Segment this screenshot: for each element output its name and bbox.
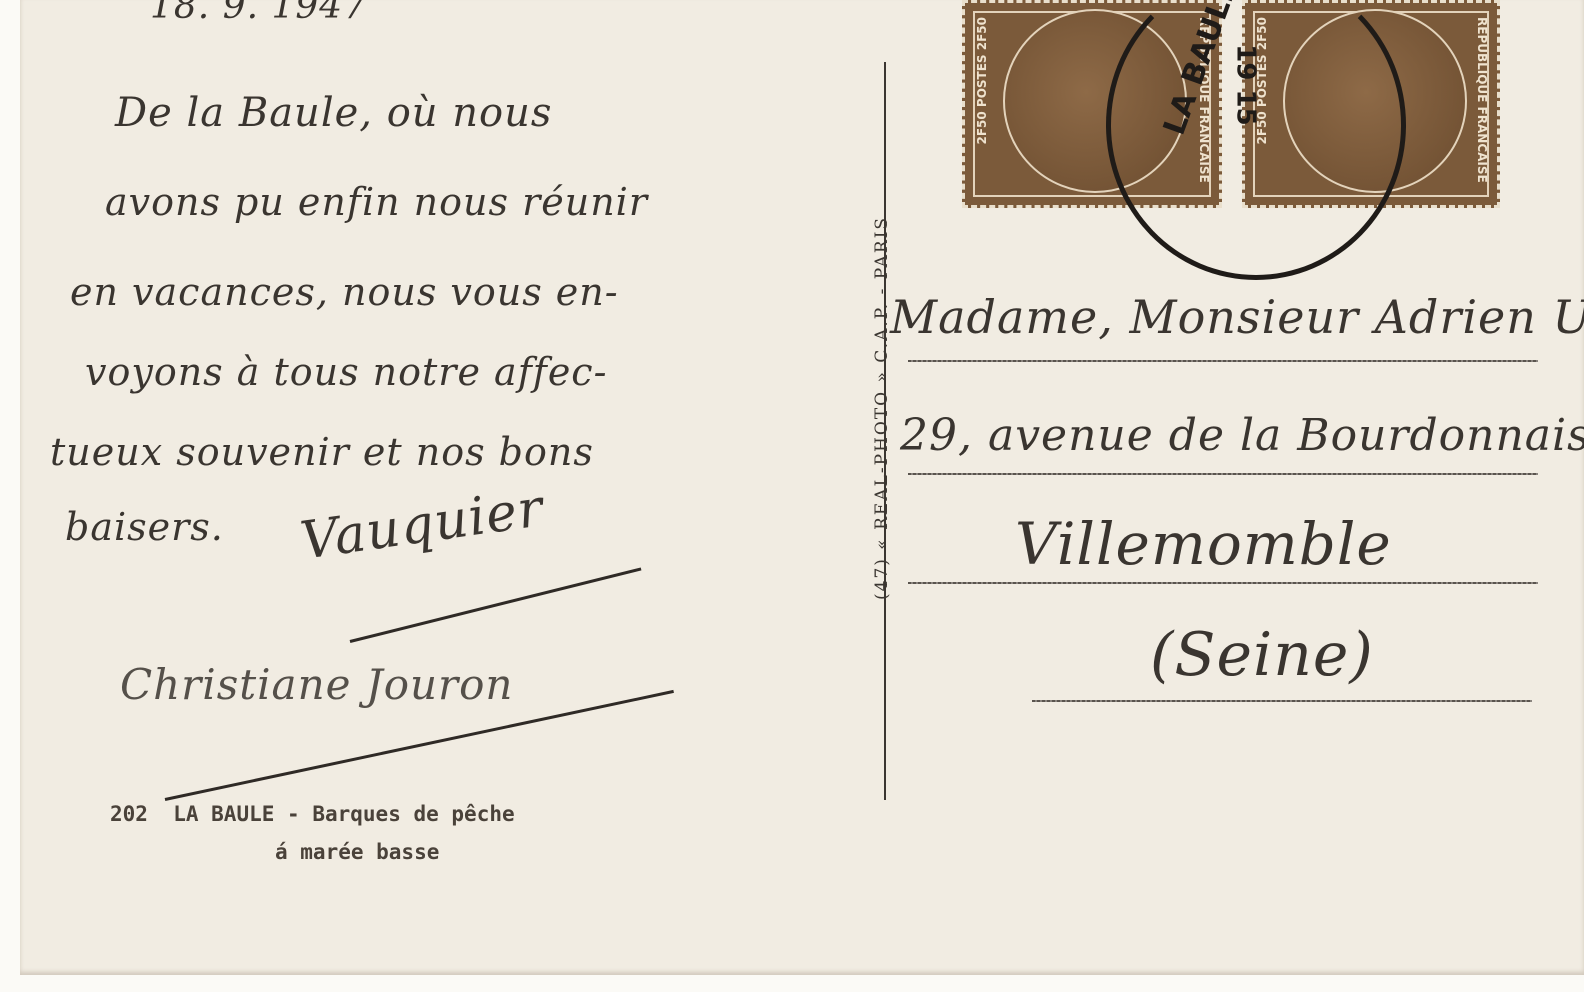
- signature: Vauquier: [297, 478, 547, 571]
- address-line: 29, avenue de la Bourdonnais: [900, 410, 1584, 461]
- handwritten-date: 18. 9. 1947: [150, 0, 367, 27]
- address-line: Madame, Monsieur Adrien Ullier: [890, 290, 1584, 344]
- postmark-time: 19 15: [1231, 44, 1261, 125]
- caption-title: - Barques de pêche: [287, 802, 515, 826]
- caption-subtitle: á marée basse: [275, 840, 439, 864]
- caption-place: LA BAULE: [173, 802, 274, 826]
- postmark: [1106, 0, 1406, 280]
- message-line: baisers.: [65, 505, 224, 549]
- signature: Christiane Jouron: [120, 660, 513, 709]
- address-line: Villemomble: [1015, 510, 1392, 578]
- message-line: en vacances, nous vous en-: [70, 270, 619, 314]
- address-line: (Seine): [1150, 620, 1374, 690]
- message-line: tueux souvenir et nos bons: [50, 430, 594, 474]
- caption-number: 202: [110, 802, 148, 826]
- postcard-back: 18. 9. 1947 De la Baule, où nous avons p…: [20, 0, 1584, 975]
- message-line: voyons à tous notre affec-: [85, 350, 607, 394]
- message-line: avons pu enfin nous réunir: [105, 180, 648, 224]
- message-line: De la Baule, où nous: [115, 90, 552, 136]
- publisher-text: (47) « REAL-PHOTO » C.A.P. - PARIS: [872, 216, 892, 600]
- signature-underline: [350, 567, 642, 642]
